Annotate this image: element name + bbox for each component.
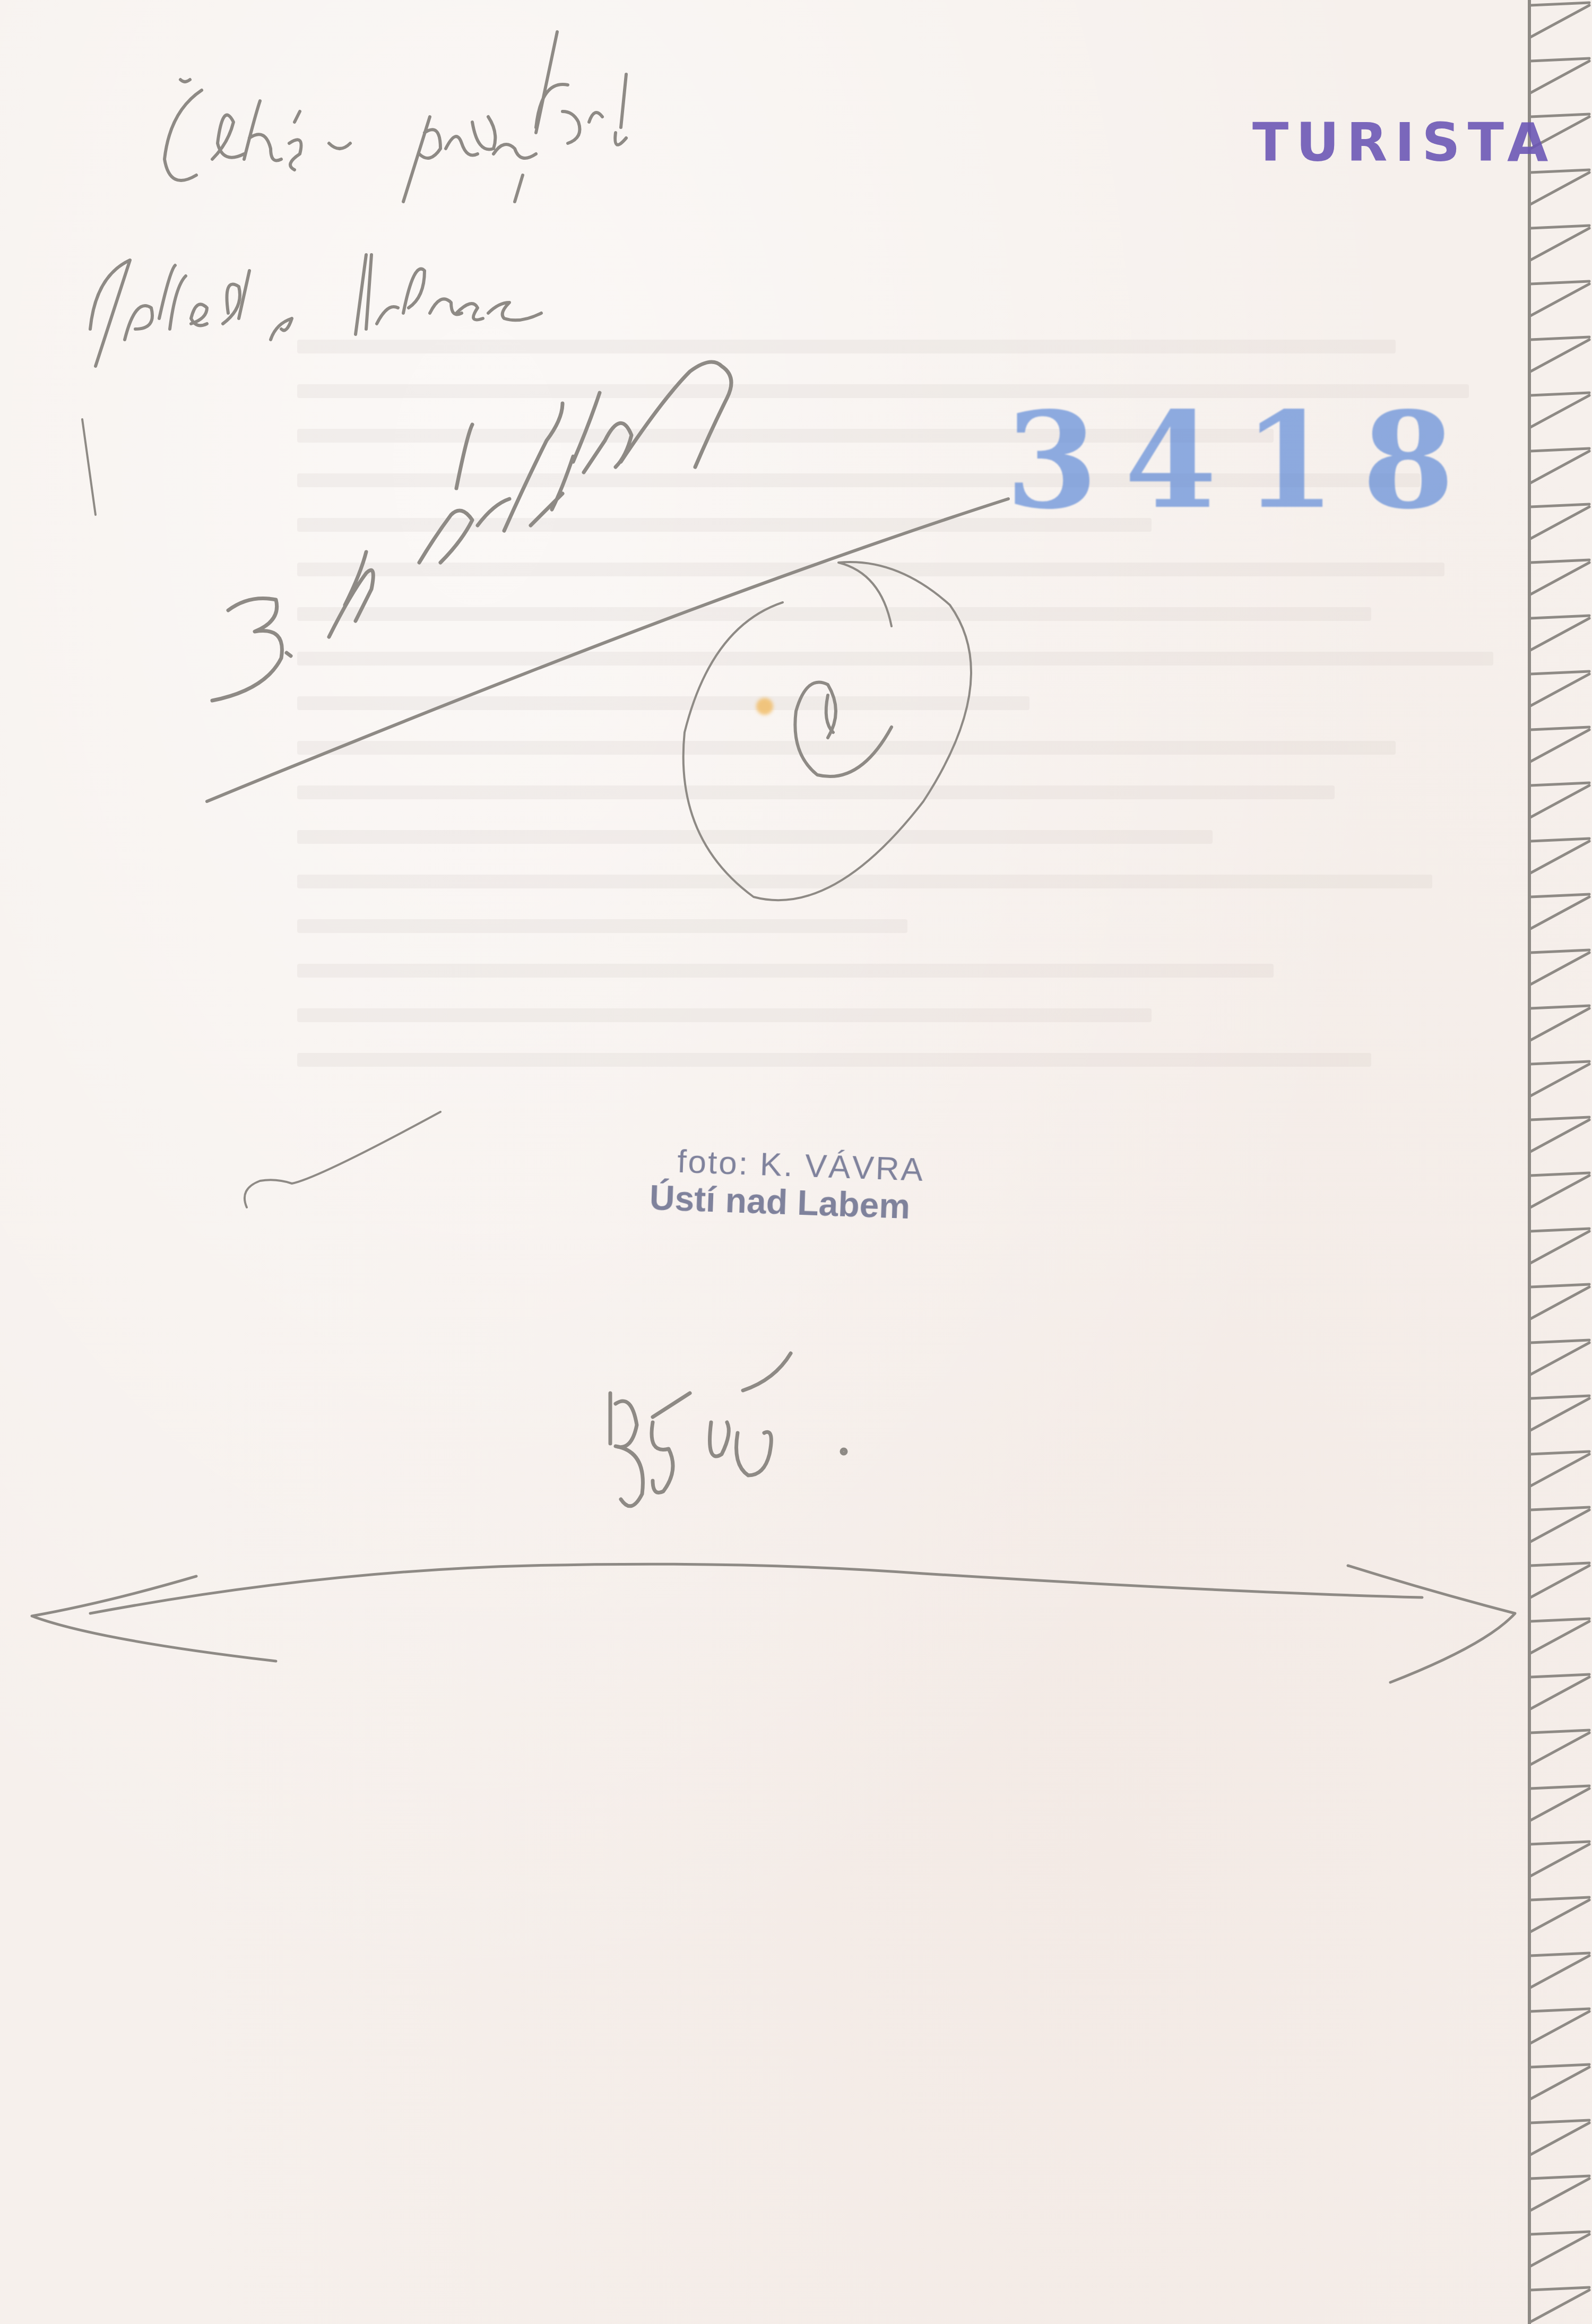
publisher-stamp: TURISTA: [1252, 111, 1556, 174]
edge-zigzag: [1530, 3, 1589, 2322]
catalog-number-stamp: 3418: [1006, 382, 1481, 538]
pencil-stroke: [245, 1112, 440, 1207]
photographer-stamp: foto: K. VÁVRA Ústí nad Labem: [649, 1142, 925, 1227]
stain-spot: [756, 698, 773, 715]
width-arrow: [32, 1564, 1515, 1682]
pencil-tick: [82, 419, 96, 515]
